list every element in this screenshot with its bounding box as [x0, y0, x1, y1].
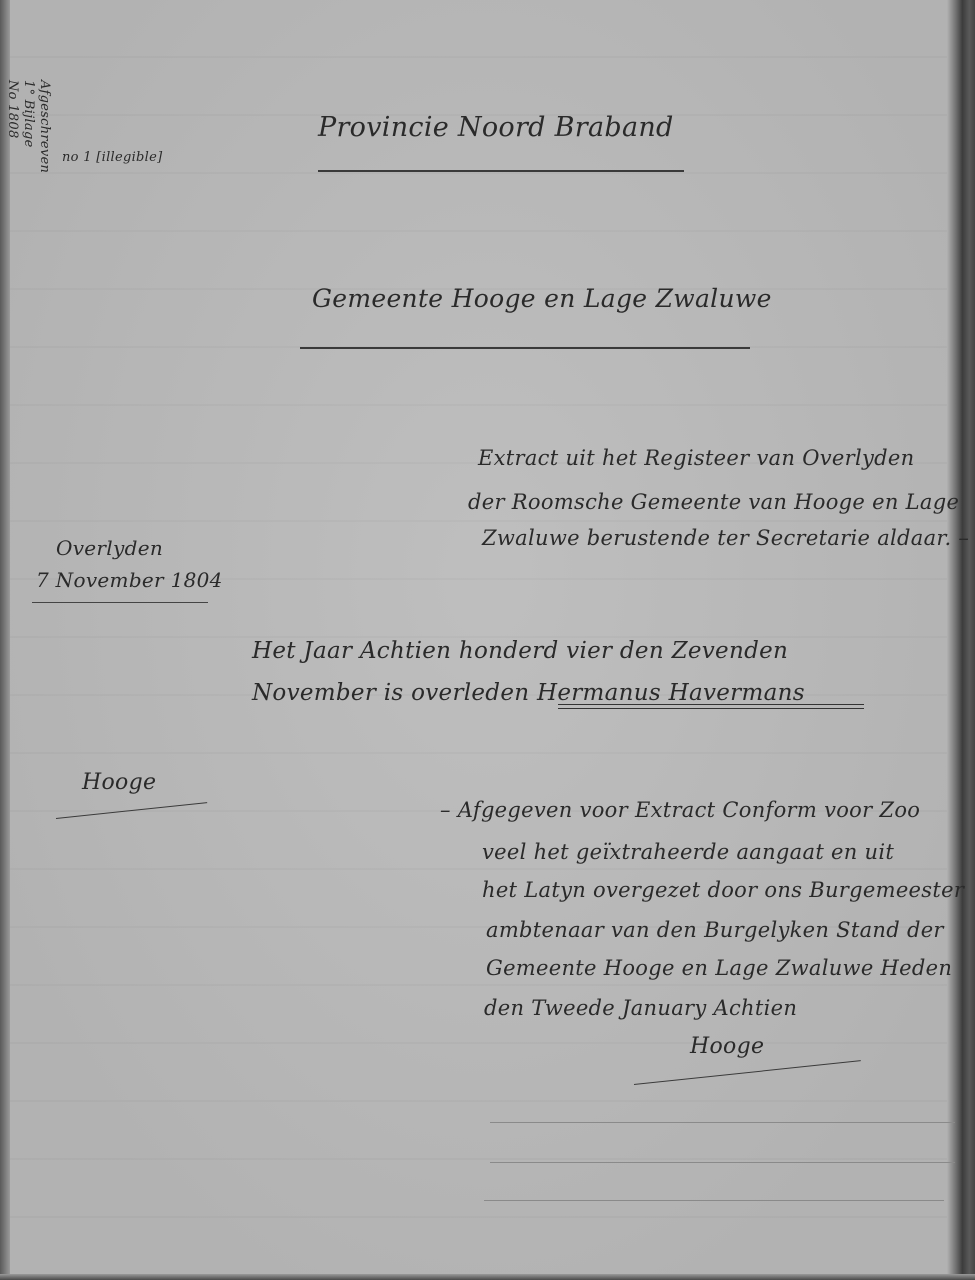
margin-small-note: no 1 [illegible] — [62, 150, 163, 165]
attestation-line: ambtenaar van den Burgelyken Stand der — [486, 918, 944, 942]
book-binding-edge — [947, 0, 975, 1280]
ruled-line — [490, 1122, 955, 1123]
record-line: Het Jaar Achtien honderd vier den Zevend… — [252, 638, 788, 664]
left-signature-flourish — [56, 802, 207, 819]
document-page: Afgeschreven 1° Bijlage No 1808 no 1 [il… — [0, 0, 975, 1280]
municipality-heading: Gemeente Hooge en Lage Zwaluwe — [312, 284, 772, 313]
attestation-line: veel het geïxtraheerde aangaat en uit — [482, 840, 894, 864]
attestation-line: Gemeente Hooge en Lage Zwaluwe Heden — [486, 956, 952, 980]
bottom-signature: Hooge — [690, 1034, 764, 1059]
extract-heading-line: Extract uit het Registeer van Overlyden — [478, 446, 914, 470]
extract-heading-line: Zwaluwe berustende ter Secretarie aldaar… — [482, 526, 969, 550]
record-line: November is overleden Hermanus Havermans — [252, 680, 805, 706]
margin-annotation-line: 1° Bijlage — [20, 80, 36, 173]
deceased-name-underline-2 — [558, 708, 864, 709]
attestation-line: – Afgegeven voor Extract Conform voor Zo… — [440, 798, 920, 822]
attestation-line: het Latyn overgezet door ons Burgemeeste… — [482, 878, 964, 902]
deceased-name-underline — [558, 704, 864, 705]
side-entry-title: Overlyden — [56, 536, 163, 560]
province-underline — [318, 170, 684, 172]
side-entry-date: 7 November 1804 — [36, 568, 223, 592]
extract-heading-line: der Roomsche Gemeente van Hooge en Lage — [468, 490, 959, 514]
margin-annotation-line: Afgeschreven — [36, 80, 52, 173]
page-bottom-edge — [0, 1274, 975, 1280]
attestation-line: den Tweede January Achtien — [484, 996, 797, 1020]
ruled-line — [490, 1162, 955, 1163]
left-signature: Hooge — [82, 770, 156, 795]
page-left-edge — [0, 0, 10, 1280]
province-heading: Provincie Noord Braband — [318, 112, 674, 143]
margin-vertical-annotation: Afgeschreven 1° Bijlage No 1808 — [4, 80, 52, 173]
bottom-signature-flourish — [634, 1060, 861, 1085]
municipality-underline — [300, 347, 750, 349]
margin-annotation-line: No 1808 — [4, 80, 20, 173]
side-entry-underline — [32, 602, 208, 603]
ruled-line — [484, 1200, 944, 1201]
